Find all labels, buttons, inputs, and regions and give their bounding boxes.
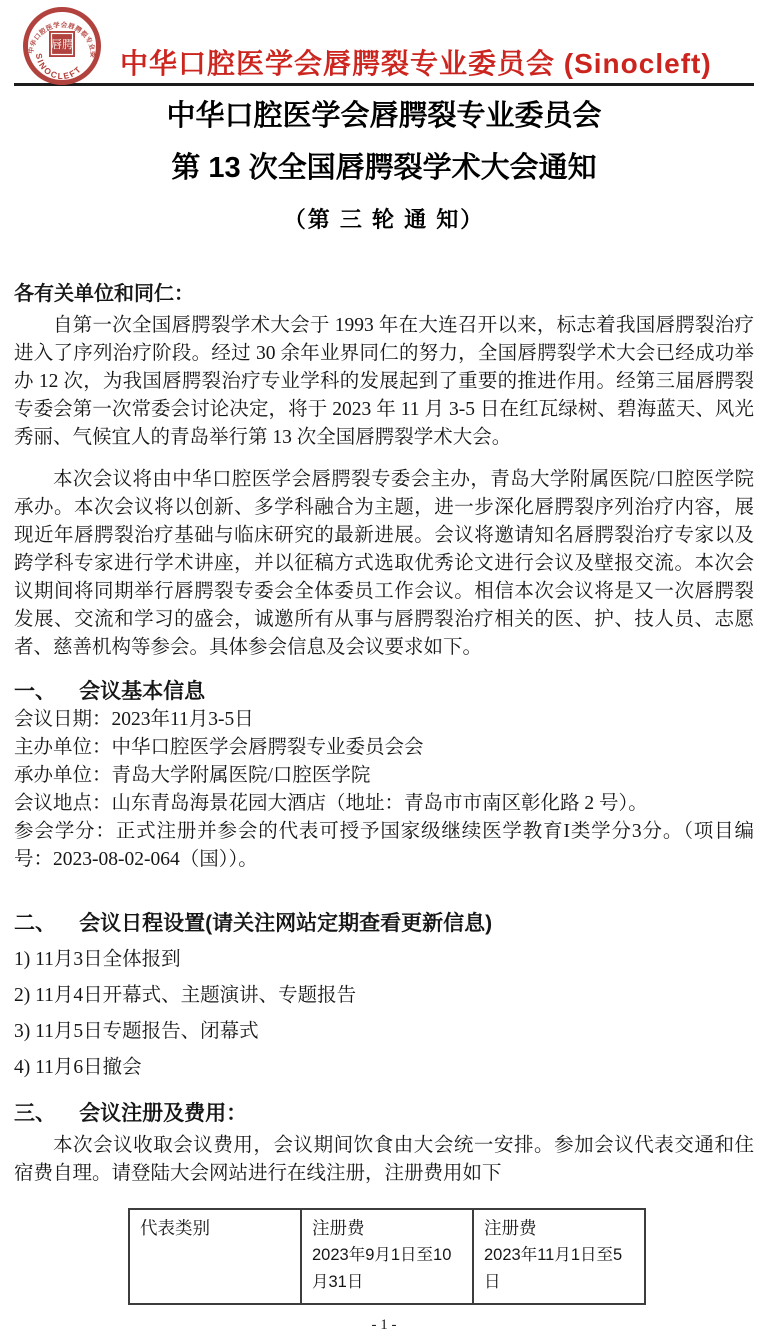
section-2-heading: 二、会议日程设置(请关注网站定期查看更新信息) xyxy=(14,910,754,938)
masthead: 中华口腔医学会唇腭裂专业委员会 SINOCLEFT 唇腭 中华口腔医学会唇腭裂专… xyxy=(14,0,754,86)
salutation: 各有关单位和同仁： xyxy=(14,280,754,308)
doc-title-line1: 中华口腔医学会唇腭裂专业委员会 xyxy=(14,98,754,134)
seal-logo-graphic: 中华口腔医学会唇腭裂专业委员会 SINOCLEFT 唇腭 xyxy=(22,6,102,86)
early-fee-date-range: 2023年9月1日至10月31日 xyxy=(312,1242,462,1296)
doc-title-line2: 第 13 次全国唇腭裂学术大会通知 xyxy=(14,150,754,186)
section-1-number: 一、 xyxy=(14,680,56,703)
org-title: 中华口腔医学会唇腭裂专业委员会 (Sinocleft) xyxy=(120,42,712,82)
schedule-item-2: 2) 11月4日开幕式、主题演讲、专题报告 xyxy=(14,982,754,1010)
section-3-number: 三、 xyxy=(14,1102,56,1125)
info-line-organizer: 承办单位：青岛大学附属医院/口腔医学院 xyxy=(14,762,754,790)
section-1-title: 会议基本信息 xyxy=(79,680,205,703)
intro-paragraph-2: 本次会议将由中华口腔医学会唇腭裂专委会主办，青岛大学附属医院/口腔医学院承办。本… xyxy=(14,466,754,662)
sinocleft-seal-logo: 中华口腔医学会唇腭裂专业委员会 SINOCLEFT 唇腭 xyxy=(22,6,102,86)
section-1-heading: 一、会议基本信息 xyxy=(14,678,754,706)
registration-paragraph: 本次会议收取会议费用，会议期间饮食由大会统一安排。参加会议代表交通和住宿费自理。… xyxy=(14,1132,754,1188)
section-3-title: 会议注册及费用： xyxy=(79,1102,247,1125)
schedule-item-4: 4) 11月6日撤会 xyxy=(14,1054,754,1082)
fee-table-cell-late-fee: 注册费 2023年11月1日至5日 xyxy=(473,1209,645,1304)
late-fee-label: 注册费 xyxy=(484,1215,634,1242)
info-line-date: 会议日期：2023年11月3-5日 xyxy=(14,706,754,734)
page-number: - 1 - xyxy=(0,1317,768,1334)
section-2-number: 二、 xyxy=(14,912,56,935)
schedule-item-3: 3) 11月5日专题报告、闭幕式 xyxy=(14,1018,754,1046)
late-fee-date-range: 2023年11月1日至5日 xyxy=(484,1242,634,1296)
early-fee-label: 注册费 xyxy=(312,1215,462,1242)
info-line-host: 主办单位：中华口腔医学会唇腭裂专业委员会会 xyxy=(14,734,754,762)
info-line-credits: 参会学分：正式注册并参会的代表可授予国家级继续医学教育I类学分3分。（项目编号：… xyxy=(14,818,754,874)
seal-center-glyphs: 唇腭 xyxy=(51,38,73,51)
fee-table-cell-early-fee: 注册费 2023年9月1日至10月31日 xyxy=(301,1209,473,1304)
fee-table-header-row: 代表类别 注册费 2023年9月1日至10月31日 注册费 2023年11月1日… xyxy=(129,1209,645,1304)
schedule-item-1: 1) 11月3日全体报到 xyxy=(14,946,754,974)
section-3-heading: 三、会议注册及费用： xyxy=(14,1100,754,1128)
doc-subtitle-round-notice: （第 三 轮 通 知） xyxy=(14,206,754,234)
fee-table-cell-category: 代表类别 xyxy=(129,1209,301,1304)
intro-paragraph-1: 自第一次全国唇腭裂学术大会于 1993 年在大连召开以来，标志着我国唇腭裂治疗进… xyxy=(14,312,754,452)
section-2-title: 会议日程设置(请关注网站定期查看更新信息) xyxy=(79,912,492,935)
category-header-label: 代表类别 xyxy=(140,1215,290,1242)
document-page: 中华口腔医学会唇腭裂专业委员会 SINOCLEFT 唇腭 中华口腔医学会唇腭裂专… xyxy=(0,0,768,1305)
info-line-venue: 会议地点：山东青岛海景花园大酒店（地址：青岛市市南区彰化路 2 号）。 xyxy=(14,790,754,818)
registration-fee-table: 代表类别 注册费 2023年9月1日至10月31日 注册费 2023年11月1日… xyxy=(128,1208,646,1305)
